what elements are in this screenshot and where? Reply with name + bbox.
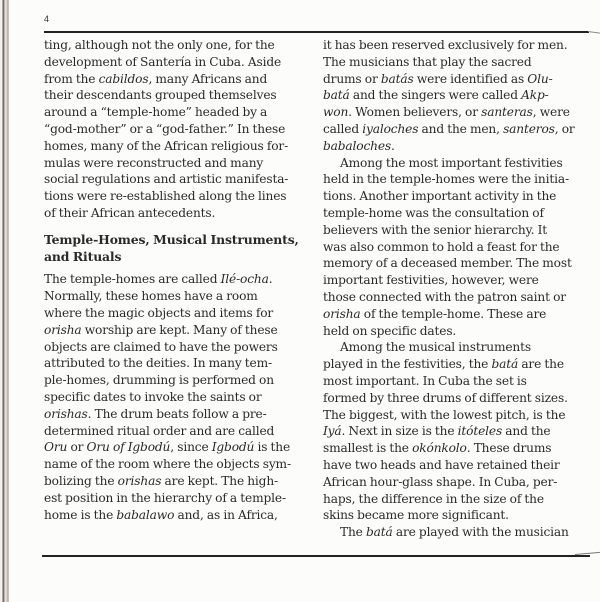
italic-term: batás xyxy=(381,72,414,86)
italic-term: okónkolo xyxy=(412,441,467,455)
italic-term: Olu- xyxy=(527,72,552,86)
text-line: orishas. The drum beats follow a pre- xyxy=(44,406,302,423)
intro-paragraph: ting, although not the only one, for the… xyxy=(44,37,302,222)
text-line: from the cabildos, many Africans and xyxy=(44,71,302,88)
text-line: skins became more significant. xyxy=(323,507,581,524)
italic-term: Oru of Igbodú xyxy=(87,440,171,454)
italic-term: orishas xyxy=(118,474,162,488)
text-line: The batá are played with the musician xyxy=(323,524,581,541)
text-line: their descendants grouped themselves xyxy=(44,87,302,104)
spacer xyxy=(44,222,302,232)
section-heading: Temple-Homes, Musical Instruments, and R… xyxy=(44,232,302,266)
italic-term: orishas xyxy=(44,407,88,421)
body-paragraph: The temple-homes are called Ilé-ocha.Nor… xyxy=(44,271,302,523)
text-line: was also common to hold a feast for the xyxy=(323,239,581,256)
text-line: those connected with the patron saint or xyxy=(323,289,581,306)
left-column: ting, although not the only one, for the… xyxy=(44,37,302,523)
italic-term: batá xyxy=(323,88,350,102)
right-column-paragraphs: it has been reserved exclusively for men… xyxy=(323,37,581,541)
text-line: smallest is the okónkolo. These drums xyxy=(323,440,581,457)
footer-rule xyxy=(42,555,590,557)
italic-term: santeras xyxy=(481,105,533,119)
text-line: specific dates to invoke the saints or xyxy=(44,389,302,406)
text-line: held on specific dates. xyxy=(323,323,581,340)
italic-term: babaloches xyxy=(323,139,391,153)
header-rule-curl xyxy=(588,31,600,34)
text-line: orisha worship are kept. Many of these xyxy=(44,322,302,339)
italic-term: iyaloches xyxy=(362,122,418,136)
text-line: homes, many of the African religious for… xyxy=(44,138,302,155)
text-line: formed by three drums of different sizes… xyxy=(323,390,581,407)
italic-term: Igbodú xyxy=(212,440,255,454)
italic-term: Akp- xyxy=(521,88,549,102)
text-line: held in the temple-homes were the initia… xyxy=(323,171,581,188)
text-line: development of Santería in Cuba. Aside xyxy=(44,54,302,71)
text-line: home is the babalawo and, as in Africa, xyxy=(44,507,302,524)
text-line: Iyá. Next in size is the itóteles and th… xyxy=(323,423,581,440)
text-line: The temple-homes are called Ilé-ocha. xyxy=(44,271,302,288)
italic-term: won xyxy=(323,105,348,119)
italic-term: santeros xyxy=(503,122,555,136)
text-line: Oru or Oru of Igbodú, since Igbodú is th… xyxy=(44,439,302,456)
text-line: objects are claimed to have the powers xyxy=(44,339,302,356)
header-rule xyxy=(44,31,589,33)
book-binding-edge xyxy=(0,0,9,602)
text-line: temple-home was the consultation of xyxy=(323,205,581,222)
text-line: ting, although not the only one, for the xyxy=(44,37,302,54)
italic-term: Oru xyxy=(44,440,67,454)
text-line: bolizing the orishas are kept. The high- xyxy=(44,473,302,490)
italic-term: babalawo xyxy=(116,508,174,522)
text-line: est position in the hierarchy of a templ… xyxy=(44,490,302,507)
text-line: African hour-glass shape. In Cuba, per- xyxy=(323,474,581,491)
text-line: The musicians that play the sacred xyxy=(323,54,581,71)
text-line: around a “temple-home” headed by a xyxy=(44,104,302,121)
text-line: name of the room where the objects sym- xyxy=(44,456,302,473)
italic-term: Iyá xyxy=(323,424,342,438)
text-line: “god-mother” or a “god-father.” In these xyxy=(44,121,302,138)
paragraph: Among the most important festivitiesheld… xyxy=(323,155,581,340)
text-line: drums or batás were identified as Olu- xyxy=(323,71,581,88)
text-line: Among the most important festivities xyxy=(323,155,581,172)
paragraph: Among the musical instrumentsplayed in t… xyxy=(323,339,581,524)
text-line: Among the musical instruments xyxy=(323,339,581,356)
section-heading-line-1: Temple-Homes, Musical Instruments, xyxy=(44,232,302,249)
right-column: it has been reserved exclusively for men… xyxy=(323,37,581,541)
text-line: haps, the difference in the size of the xyxy=(323,491,581,508)
italic-term: Ilé-ocha xyxy=(221,272,269,286)
text-line: have two heads and have retained their xyxy=(323,457,581,474)
section-heading-line-2: and Rituals xyxy=(44,249,302,266)
text-line: mulas were reconstructed and many xyxy=(44,155,302,172)
text-line: it has been reserved exclusively for men… xyxy=(323,37,581,54)
text-line: memory of a deceased member. The most xyxy=(323,255,581,272)
text-line: orisha of the temple-home. These are xyxy=(323,306,581,323)
text-line: won. Women believers, or santeras, were xyxy=(323,104,581,121)
page-number: 4 xyxy=(44,14,49,24)
italic-term: batá xyxy=(491,357,518,371)
italic-term: cabildos xyxy=(99,72,149,86)
text-line: babaloches. xyxy=(323,138,581,155)
text-line: of their African antecedents. xyxy=(44,205,302,222)
text-line: attributed to the deities. In many tem- xyxy=(44,355,302,372)
text-line: tions. Another important activity in the xyxy=(323,188,581,205)
text-line: most important. In Cuba the set is xyxy=(323,373,581,390)
italic-term: itóteles xyxy=(458,424,502,438)
italic-term: orisha xyxy=(44,323,82,337)
text-line: played in the festivities, the batá are … xyxy=(323,356,581,373)
text-line: believers with the senior hierarchy. It xyxy=(323,222,581,239)
text-line: where the magic objects and items for xyxy=(44,305,302,322)
text-line: Normally, these homes have a room xyxy=(44,288,302,305)
paragraph: it has been reserved exclusively for men… xyxy=(323,37,581,155)
text-line: called iyaloches and the men, santeros, … xyxy=(323,121,581,138)
text-line: determined ritual order and are called xyxy=(44,423,302,440)
text-line: batá and the singers were called Akp- xyxy=(323,87,581,104)
text-line: The biggest, with the lowest pitch, is t… xyxy=(323,407,581,424)
text-line: ple-homes, drumming is performed on xyxy=(44,372,302,389)
text-line: important festivities, however, were xyxy=(323,272,581,289)
paragraph: The batá are played with the musician xyxy=(323,524,581,541)
italic-term: batá xyxy=(366,525,393,539)
text-line: social regulations and artistic manifest… xyxy=(44,171,302,188)
text-line: tions were re-established along the line… xyxy=(44,188,302,205)
italic-term: orisha xyxy=(323,307,361,321)
